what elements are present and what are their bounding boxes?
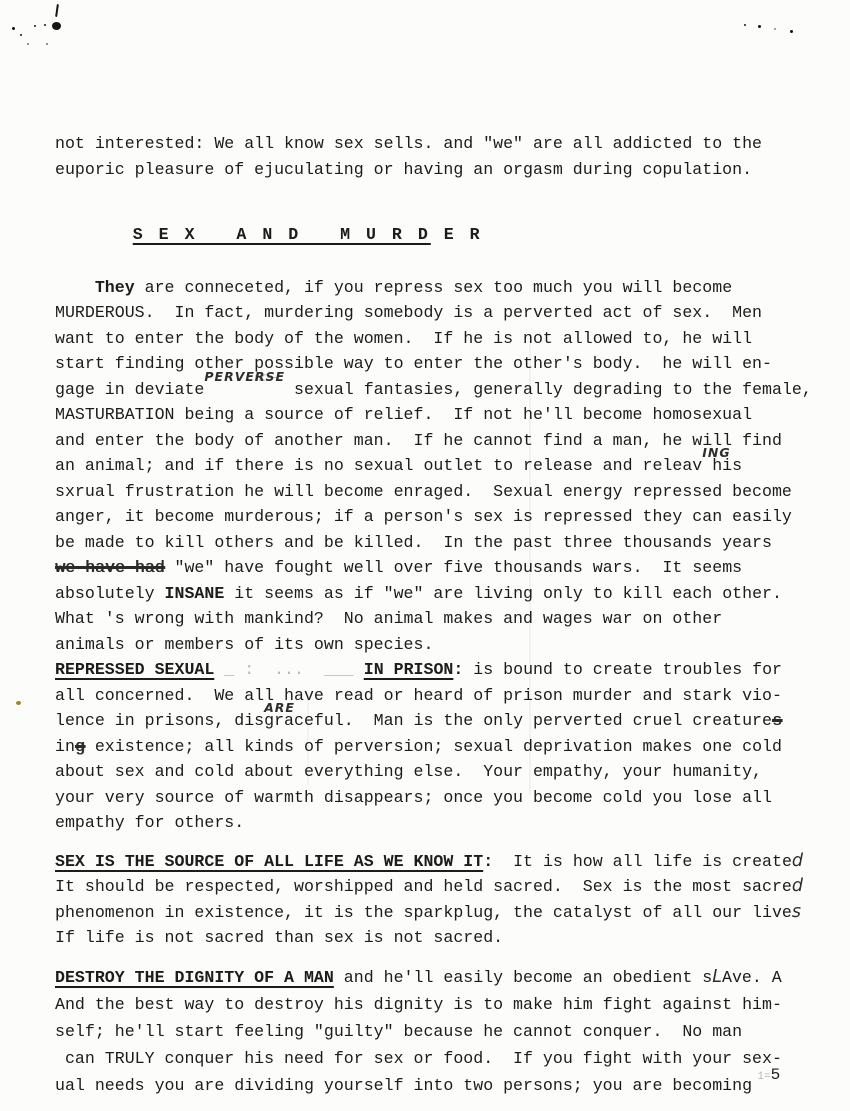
text-line: euporic pleasure of ejuculating or havin… — [55, 157, 835, 183]
text-line: lence in prisons, disAREgraceful. Man is… — [55, 708, 835, 734]
text-line: can TRULY conquer his need for sex or fo… — [55, 1045, 835, 1072]
ink-speck — [774, 28, 776, 30]
text-line: And the best way to destroy his dignity … — [55, 991, 835, 1018]
ink-speck — [790, 30, 793, 33]
ink-speck — [46, 43, 48, 45]
text-line: an animal; and if there is no sexual out… — [55, 453, 835, 479]
heading-underlined-part: S E X A N D M U R D — [133, 225, 431, 244]
ink-speck — [758, 25, 761, 28]
text-line: SEX IS THE SOURCE OF ALL LIFE AS WE KNOW… — [55, 849, 835, 875]
paragraph-sex-source-of-life: SEX IS THE SOURCE OF ALL LIFE AS WE KNOW… — [55, 849, 835, 951]
text-line: What 's wrong with mankind? No animal ma… — [55, 606, 835, 632]
scanned-document-page: not interested: We all know sex sells. a… — [0, 0, 850, 1111]
text-line: If life is not sacred than sex is not sa… — [55, 925, 835, 951]
text-line: be made to kill others and be killed. In… — [55, 530, 835, 556]
text-line: DESTROY THE DIGNITY OF A MAN and he'll e… — [55, 964, 835, 991]
heading-tail: E R — [431, 225, 483, 244]
intro-paragraph: not interested: We all know sex sells. a… — [55, 131, 835, 182]
text-line: all concerned. We all have read or heard… — [55, 683, 835, 709]
text-line: phenomenon in existence, it is the spark… — [55, 900, 835, 926]
text-line: anger, it become murderous; if a person'… — [55, 504, 835, 530]
text-line: REPRESSED SEXUAL _ : ... ___ IN PRISON: … — [55, 657, 835, 683]
ink-speck-orange — [16, 701, 21, 705]
text-line: start finding other possible way to ente… — [55, 351, 835, 377]
text-line: animals or members of its own species. — [55, 632, 835, 658]
paragraph-sex-murder: They are conneceted, if you repress sex … — [55, 275, 835, 658]
text-line: MASTURBATION being a source of relief. I… — [55, 402, 835, 428]
page-number: 1=5 — [719, 1048, 780, 1102]
heading-sex-and-murder: S E X A N D M U R D E R — [55, 196, 835, 273]
paragraph-destroy-dignity: DESTROY THE DIGNITY OF A MAN and he'll e… — [55, 964, 835, 1099]
text-line: They are conneceted, if you repress sex … — [55, 275, 835, 301]
ink-speck — [20, 34, 22, 36]
text-line: about sex and cold about everything else… — [55, 759, 835, 785]
page-number-value: 5 — [771, 1066, 781, 1084]
paragraph-repressed-sexual: REPRESSED SEXUAL _ : ... ___ IN PRISON: … — [55, 657, 835, 836]
page-number-faint-mark: 1= — [757, 1071, 770, 1083]
text-line: absolutely INSANE it seems as if "we" ar… — [55, 581, 835, 607]
ink-speck — [34, 25, 36, 27]
ink-speck — [27, 43, 29, 45]
ink-speck — [44, 24, 46, 26]
ink-speck — [744, 24, 746, 26]
ink-speck — [55, 4, 59, 17]
text-line: self; he'll start feeling "guilty" becau… — [55, 1018, 835, 1045]
ink-speck — [52, 22, 61, 30]
text-line: not interested: We all know sex sells. a… — [55, 131, 835, 157]
text-line: ual needs you are dividing yourself into… — [55, 1072, 835, 1099]
text-line: empathy for others. — [55, 810, 835, 836]
document-body: not interested: We all know sex sells. a… — [55, 131, 835, 1099]
text-line: MURDEROUS. In fact, murdering somebody i… — [55, 300, 835, 326]
ink-speck — [12, 27, 15, 30]
text-line: sxrual frustration he will become enrage… — [55, 479, 835, 505]
text-line: It should be respected, worshipped and h… — [55, 874, 835, 900]
text-line: want to enter the body of the women. If … — [55, 326, 835, 352]
text-line: your very source of warmth disappears; o… — [55, 785, 835, 811]
text-line: gage in deviatePERVERSE ik-- sexual fant… — [55, 377, 835, 403]
text-line: ing existence; all kinds of perversion; … — [55, 734, 835, 760]
text-line: we have had "we" have fought well over f… — [55, 555, 835, 581]
